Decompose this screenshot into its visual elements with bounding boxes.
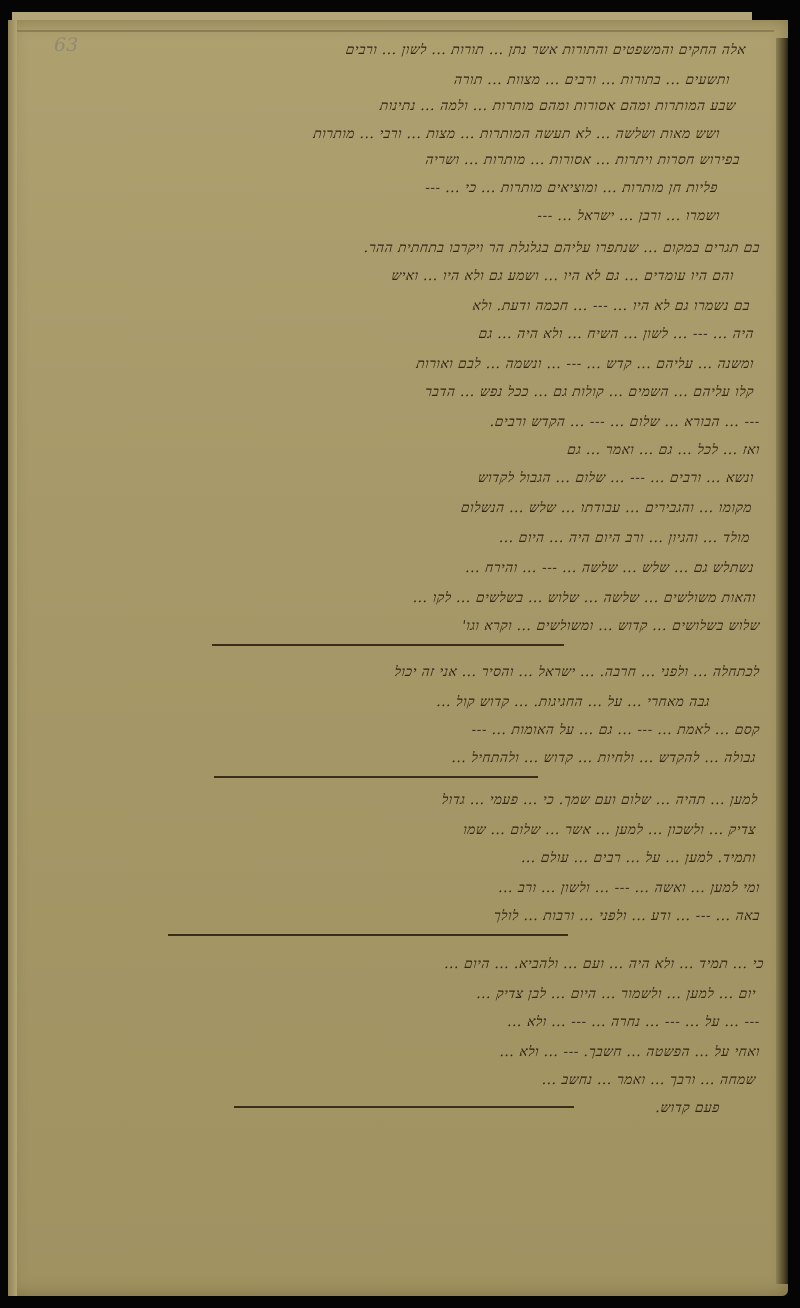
handwritten-line: והאות משולשים ... שלשה ... שלוש ... בשלש…: [55, 590, 757, 606]
handwritten-line: והם היו עומדים ... גם לא היו ... ושמע גם…: [43, 268, 735, 284]
handwritten-line: ותשעים ... בתורות ... ורבים ... מצוות ..…: [79, 72, 731, 88]
handwritten-line: מולד ... והגיון ... ורב היום היה ... היו…: [43, 530, 751, 546]
page-left-edge: [8, 20, 17, 1296]
handwritten-line: פעם קדוש.: [569, 1100, 721, 1116]
handwritten-line: נשתלש גם ... שלש ... שלשה ... --- ... וה…: [43, 560, 755, 576]
handwritten-line: בם נשמרו גם לא היו ... --- ... חכמה ודעת…: [59, 298, 751, 314]
handwritten-line: למען ... תהיה ... שלום ועם שמך. כי ... פ…: [57, 792, 759, 808]
handwritten-line: גבולה ... להקדש ... ולחיות ... קדוש ... …: [35, 750, 757, 766]
handwritten-line: שמחה ... ורבך ... ואמר ... נחשב ...: [65, 1072, 757, 1088]
section-divider-line: [212, 644, 564, 646]
handwritten-line: לכתחלה ... ולפני ... חרבה. ... ישראל ...…: [39, 664, 761, 680]
handwritten-line: מקומו ... והגבירים ... עבודתו ... שלש ..…: [41, 500, 753, 516]
handwritten-line: שבע המותרות ומהם אסורות ומהם מותרות ... …: [95, 98, 737, 114]
handwritten-line: היה ... --- ... לשון ... השיח ... ולא הי…: [43, 326, 755, 342]
handwritten-line: ונשא ... ורבים ... --- ... שלום ... הגבו…: [43, 470, 755, 486]
binding-edge: [776, 38, 788, 1284]
handwritten-line: ושש מאות ושלשה ... לא תעשה המותרות ... מ…: [99, 126, 721, 142]
section-divider-line: [214, 776, 538, 778]
manuscript-page: 63 אלה החקים והמשפטים והתורות אשר נתן ..…: [8, 20, 788, 1296]
section-divider-line: [234, 1106, 574, 1108]
handwritten-line: יום ... למען ... ולשמור ... היום ... לבן…: [65, 986, 757, 1002]
handwritten-line: גבה מאחרי ... על ... החגיגות. ... קדוש ק…: [149, 694, 711, 710]
handwritten-line: ותמיד. למען ... על ... רבים ... עולם ...: [45, 850, 757, 866]
handwritten-line: בם תגרים במקום ... שנתפרו עליהם בגלגלת ה…: [39, 240, 761, 256]
handwritten-line: צדיק ... ולשכון ... למען ... אשר ... שלו…: [65, 822, 757, 838]
handwritten-line: ומשנה ... עליהם ... קדש ... --- ... ונשמ…: [43, 356, 755, 372]
handwritten-line: ושמרו ... ורבן ... ישראל ... ---: [159, 208, 721, 224]
page-top-edge: [8, 30, 774, 32]
section-divider-line: [168, 934, 568, 936]
handwritten-line: --- ... הבורא ... שלום ... --- ... הקדש …: [139, 414, 761, 430]
handwritten-line: קסם ... לאמת ... --- ... גם ... על האומו…: [39, 722, 761, 738]
handwritten-line: בפירוש חסרות ויתרות ... אסורות ... מותרו…: [119, 152, 741, 168]
handwritten-line: ומי למען ... ואשה ... --- ... ולשון ... …: [39, 880, 761, 896]
handwritten-line: אלה החקים והמשפטים והתורות אשר נתן ... ת…: [55, 42, 747, 58]
handwritten-line: ואז ... לכל ... גם ... ואמר ... גם: [39, 442, 761, 458]
handwritten-line: פליות חן מותרות ... ומוציאים מותרות ... …: [127, 180, 719, 196]
handwritten-line: ואחי על ... הפשטה ... חשבך. --- ... ולא …: [59, 1044, 761, 1060]
handwritten-line: שלוש בשלושים ... קדוש ... ומשולשים ... ו…: [39, 618, 761, 634]
handwritten-line: --- ... על ... --- ... נחרה ... --- ... …: [39, 1014, 761, 1030]
handwritten-line: כי ... תמיד ... ולא היה ... ועם ... ולהב…: [43, 956, 765, 972]
handwritten-line: באה ... --- ... ודע ... ולפני ... ורבות …: [39, 908, 761, 924]
handwritten-line: קלו עליהם ... השמים ... קולות גם ... ככל…: [53, 384, 755, 400]
